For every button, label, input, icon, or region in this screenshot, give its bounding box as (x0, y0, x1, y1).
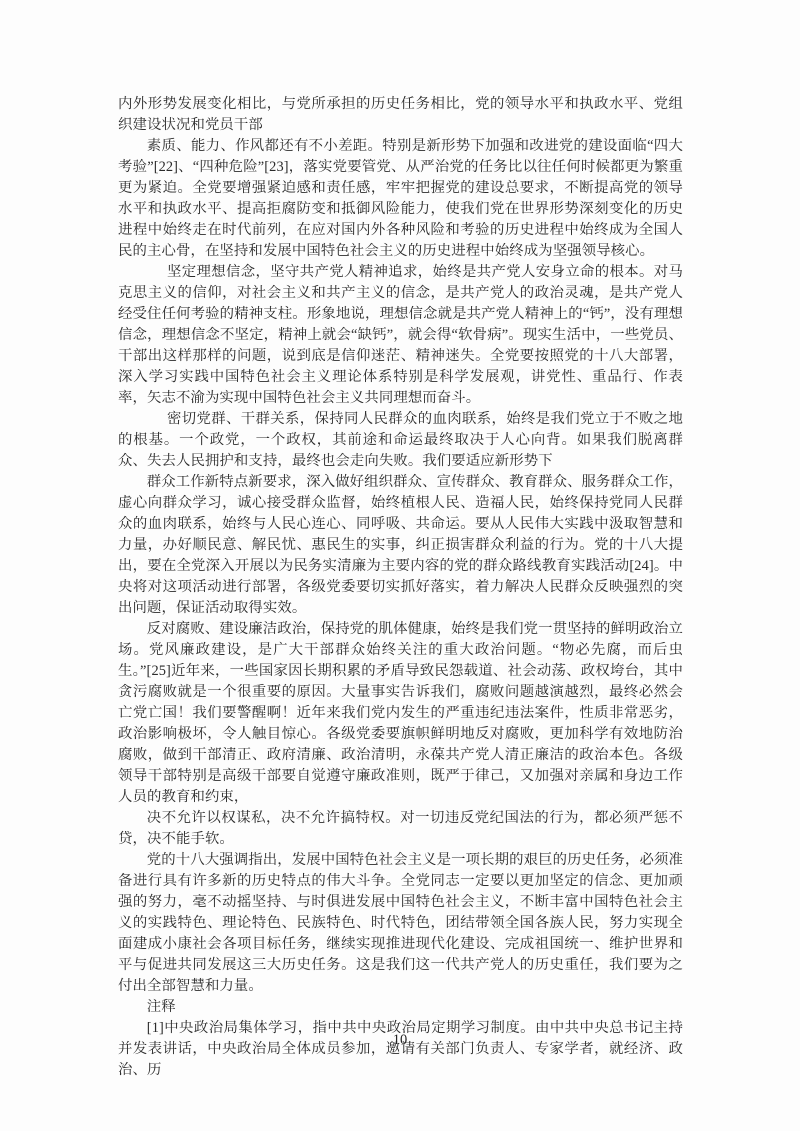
document-page: 内外形势发展变化相比，与党所承担的历史任务相比，党的领导水平和执政水平、党组织建… (0, 0, 800, 1131)
paragraph-4: 密切党群、干群关系，保持同人民群众的血肉联系，始终是我们党立于不败之地的根基。一… (118, 409, 683, 472)
document-body: 内外形势发展变化相比，与党所承担的历史任务相比，党的领导水平和执政水平、党组织建… (118, 94, 683, 1081)
paragraph-2: 素质、能力、作风都还有不小差距。特别是新形势下加强和改进党的建设面临“四大考验”… (118, 136, 683, 262)
paragraph-7: 决不允许以权谋私，决不允许搞特权。对一切违反党纪国法的行为，都必须严惩不贷，决不… (118, 808, 683, 850)
paragraph-6: 反对腐败、建设廉洁政治，保持党的肌体健康，始终是我们党一贯坚持的鲜明政治立场。党… (118, 619, 683, 808)
paragraph-5: 群众工作新特点新要求，深入做好组织群众、宣传群众、教育群众、服务群众工作，虚心向… (118, 472, 683, 619)
notes-heading: 注释 (118, 997, 683, 1018)
paragraph-continuation: 内外形势发展变化相比，与党所承担的历史任务相比，党的领导水平和执政水平、党组织建… (118, 94, 683, 136)
paragraph-8: 党的十八大强调指出，发展中国特色社会主义是一项长期的艰巨的历史任务，必须准备进行… (118, 850, 683, 997)
footnote-1: [1]中央政治局集体学习，指中共中央政治局定期学习制度。由中共中央总书记主持并发… (118, 1018, 683, 1081)
page-number: 10 (0, 1031, 800, 1049)
paragraph-3: 坚定理想信念，坚守共产党人精神追求，始终是共产党人安身立命的根本。对马克思主义的… (118, 262, 683, 409)
